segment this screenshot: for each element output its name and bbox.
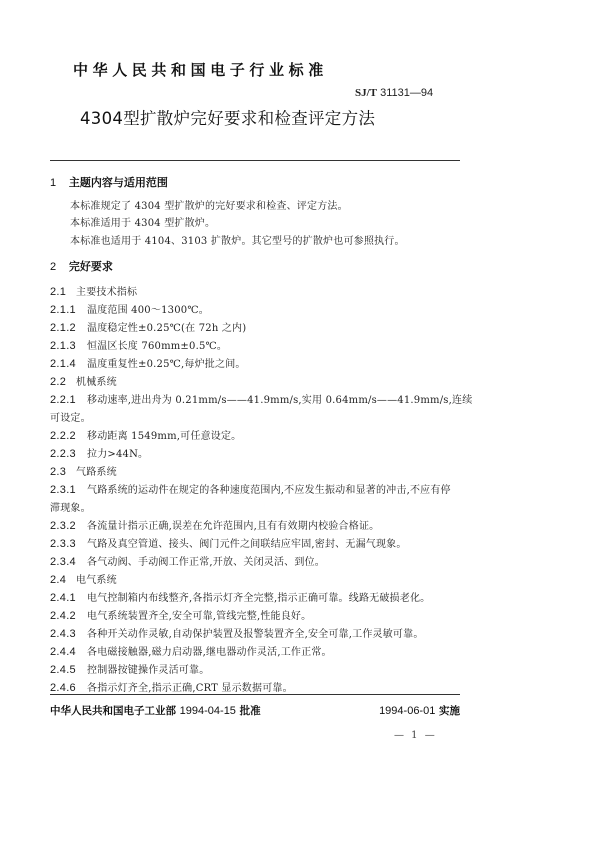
clause-2-4-4: 2.4.4各电磁接触器,磁力启动器,继电器动作灵活,工作正常。 [50,643,332,658]
section-heading-2: 2 完好要求 [50,258,113,274]
clause-text: 气路系统的运动件在规定的各种速度范围内,不应发生振动和显著的冲击,不应有停 [87,485,451,496]
clause-2-3-1: 2.3.1气路系统的运动件在规定的各种速度范围内,不应发生振动和显著的冲击,不应… [50,481,451,496]
clause-number: 2.1 [50,286,76,298]
clause-2-4-3: 2.4.3各种开关动作灵敏,自动保护装置及报警装置齐全,安全可靠,工作灵敏可靠。 [50,625,424,640]
issuer: 中华人民共和国电子工业部 [50,705,176,717]
clause-number: 2.4.3 [50,628,87,640]
clause-2-3: 2.3气路系统 [50,463,117,478]
clause-text: 各流量计指示正确,误差在允许范围内,且有有效期内校验合格证。 [87,521,379,532]
clause-number: 2.2.3 [50,448,87,460]
clause-text: 气路及真空管道、接头、阀门元件之间联结应牢固,密封、无漏气现象。 [87,539,407,550]
clause-text: 气路系统 [76,467,117,478]
effective-label: 实施 [439,705,460,717]
clause-2-2-2: 2.2.2移动距离 1549mm,可任意设定。 [50,427,241,442]
clause-2-4: 2.4电气系统 [50,571,117,586]
clause-text: 各种开关动作灵敏,自动保护装置及报警装置齐全,安全可靠,工作灵敏可靠。 [87,629,424,640]
clause-text: 拉力>44N。 [87,449,148,460]
effective-line: 1994-06-01 实施 [379,703,460,718]
section-title: 完好要求 [69,260,113,273]
page-number: — 1 — [394,730,437,741]
clause-text: 恒温区长度 760mm±0.5℃。 [87,341,227,352]
clause-2-1-1: 2.1.1温度范围 400～1300℃。 [50,301,209,316]
clause-2-3-4: 2.3.4各气动阀、手动阀工作正常,开放、关闭灵活、到位。 [50,553,325,568]
clause-text: 移动速率,进出舟为 0.21mm/s——41.9mm/s,实用 0.64mm/s… [87,395,472,406]
clause-number: 2.4.6 [50,682,87,694]
clause-2-4-5: 2.4.5控制器按键操作灵活可靠。 [50,661,209,676]
section-number: 1 [50,177,65,189]
clause-number: 2.3.3 [50,538,87,550]
clause-number: 2.2 [50,376,76,388]
clause-number: 2.3.2 [50,520,87,532]
clause-2-1: 2.1主要技术指标 [50,283,137,298]
approval-date: 1994-04-15 [180,705,236,717]
clause-number: 2.1.1 [50,304,87,316]
document-title: 4304型扩散炉完好要求和检查评定方法 [80,105,375,129]
clause-number: 2.4 [50,574,76,586]
clause-number: 2.2.1 [50,394,87,406]
clause-number: 2.3 [50,466,76,478]
clause-number: 2.4.2 [50,610,87,622]
standard-organization: 中华人民共和国电子行业标准 [73,59,328,80]
approval-line: 中华人民共和国电子工业部 1994-04-15 批准 [50,703,261,718]
clause-continuation: 滞现象。 [50,499,91,514]
approval-label: 批准 [240,705,261,717]
clause-text: 机械系统 [76,377,117,388]
clause-number: 2.2.2 [50,430,87,442]
standard-code-prefix: SJ/T [355,87,377,99]
section-number: 2 [50,261,65,273]
footer-divider [50,694,460,695]
clause-2-3-2: 2.3.2各流量计指示正确,误差在允许范围内,且有有效期内校验合格证。 [50,517,379,532]
clause-text: 主要技术指标 [76,287,137,298]
clause-text: 温度重复性±0.25℃,每炉批之间。 [87,359,246,370]
section-heading-1: 1 主题内容与适用范围 [50,174,168,190]
clause-2-3-3: 2.3.3气路及真空管道、接头、阀门元件之间联结应牢固,密封、无漏气现象。 [50,535,407,550]
standard-code-number: 31131—94 [380,87,433,99]
paragraph: 本标准规定了 4304 型扩散炉的完好要求和检查、评定方法。 [70,197,348,212]
header-divider [50,160,460,161]
clause-2-1-2: 2.1.2温度稳定性±0.25℃(在 72h 之内) [50,319,246,334]
clause-number: 2.1.4 [50,358,87,370]
paragraph: 本标准适用于 4304 型扩散炉。 [70,214,215,229]
clause-text: 各气动阀、手动阀工作正常,开放、关闭灵活、到位。 [87,557,325,568]
clause-number: 2.4.4 [50,646,87,658]
clause-2-2-3: 2.2.3拉力>44N。 [50,445,148,460]
clause-number: 2.4.5 [50,664,87,676]
paragraph: 本标准也适用于 4104、3103 扩散炉。其它型号的扩散炉也可参照执行。 [70,232,405,247]
clause-number: 2.1.2 [50,322,87,334]
clause-text: 控制器按键操作灵活可靠。 [87,665,209,676]
clause-text: 电气系统装置齐全,安全可靠,管线完整,性能良好。 [87,611,311,622]
clause-number: 2.3.4 [50,556,87,568]
effective-date: 1994-06-01 [379,705,435,717]
clause-text: 电气系统 [76,575,117,586]
clause-text: 各电磁接触器,磁力启动器,继电器动作灵活,工作正常。 [87,647,332,658]
clause-2-2: 2.2机械系统 [50,373,117,388]
clause-text: 温度稳定性±0.25℃(在 72h 之内) [87,323,246,334]
clause-continuation: 可设定。 [50,409,91,424]
clause-text: 各指示灯齐全,指示正确,CRT 显示数据可靠。 [87,683,293,694]
clause-2-2-1: 2.2.1移动速率,进出舟为 0.21mm/s——41.9mm/s,实用 0.6… [50,391,472,406]
clause-2-4-2: 2.4.2电气系统装置齐全,安全可靠,管线完整,性能良好。 [50,607,311,622]
clause-2-4-6: 2.4.6各指示灯齐全,指示正确,CRT 显示数据可靠。 [50,679,293,694]
clause-text: 温度范围 400～1300℃。 [87,305,209,316]
section-title: 主题内容与适用范围 [69,176,168,189]
standard-code: SJ/T 31131—94 [355,87,433,99]
clause-number: 2.4.1 [50,592,87,604]
clause-2-1-4: 2.1.4温度重复性±0.25℃,每炉批之间。 [50,355,246,370]
clause-2-1-3: 2.1.3恒温区长度 760mm±0.5℃。 [50,337,227,352]
clause-text: 移动距离 1549mm,可任意设定。 [87,431,241,442]
clause-number: 2.1.3 [50,340,87,352]
clause-text: 电气控制箱内布线整齐,各指示灯齐全完整,指示正确可靠。线路无破损老化。 [87,593,430,604]
clause-2-4-1: 2.4.1电气控制箱内布线整齐,各指示灯齐全完整,指示正确可靠。线路无破损老化。 [50,589,430,604]
clause-number: 2.3.1 [50,484,87,496]
